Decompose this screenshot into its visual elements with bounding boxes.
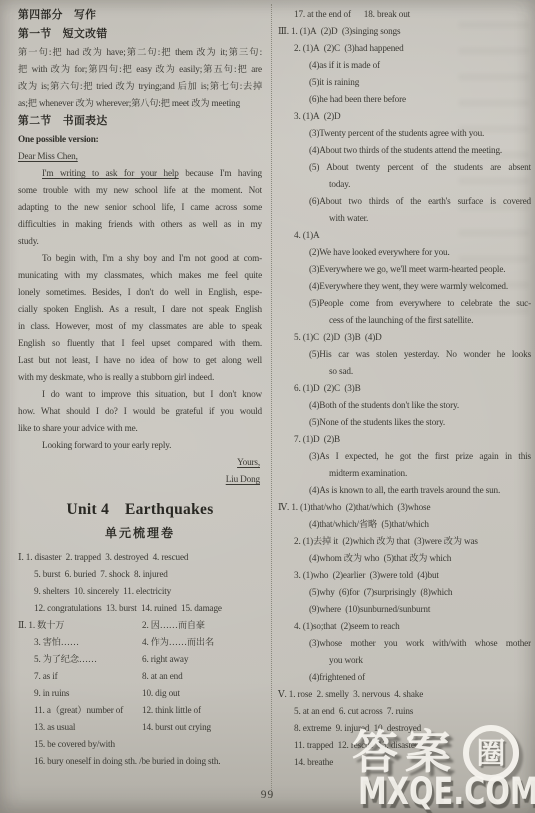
pair-item: 12. think little of [142, 702, 201, 719]
text-line: Ⅳ. 1. (1)that/who (2)that/which (3)whose [278, 499, 531, 516]
text-line: To begin with, I'm a shy boy and I'm not… [18, 250, 262, 267]
text-line: 把 with 改为 for;第四句:把 easy 改为 easily;第五句:把… [18, 61, 262, 78]
text-line: (5)People come from everywhere to celebr… [278, 295, 531, 312]
scanned-answer-page: 第四部分 写作第一节 短文改错第一句:把 had 改为 have;第二句:把 t… [0, 0, 535, 813]
text-line: (4)that/which/省略 (5)that/which [278, 516, 531, 533]
text-line: I'm writing to ask for your help because… [18, 165, 262, 182]
pair-item: 14. burst out crying [142, 719, 211, 736]
text-line: Ⅴ. 1. rose 2. smelly 3. nervous 4. shake [278, 686, 531, 703]
pair-item: 4. 作为……而出名 [142, 634, 214, 651]
pair-item: 2. 因……而自豪 [142, 617, 205, 634]
part-heading: 第四部分 写作 [18, 6, 262, 25]
text-line: Ⅰ. 1. disaster 2. trapped 3. destroyed 4… [18, 549, 262, 566]
pair-item: Ⅱ. 1. 数十万 [18, 617, 142, 634]
text-line: cess of the launching of the first satel… [278, 312, 531, 329]
pair-item: 3. 害怕…… [34, 634, 142, 651]
text-line: (5)None of the students likes the story. [278, 414, 531, 431]
text-line: midterm examination. [278, 465, 531, 482]
text-line: 9. shelters 10. sincerely 11. electricit… [18, 583, 262, 600]
text-line: 11. a（great）number of12. think little of [18, 702, 262, 719]
text-line: 17. at the end of 18. break out [278, 6, 531, 23]
text-line: 16. bury oneself in doing sth. /be burie… [18, 753, 262, 770]
text-line: Last but not least, I have no idea of ho… [18, 352, 262, 369]
text-line: some trouble with my new school life at … [18, 182, 262, 199]
underlined-text: Dear Miss Chen, [18, 151, 78, 161]
text-line: (3)As I expected, he got the first prize… [278, 448, 531, 465]
text-line: like to share your advice with me. [18, 420, 262, 437]
text-line: 5. burst 6. buried 7. shock 8. injured [18, 566, 262, 583]
unit-heading: Unit 4 Earthquakes [18, 500, 262, 520]
pair-item: 13. as usual [34, 719, 142, 736]
text-line: (3)Twenty percent of the students agree … [278, 125, 531, 142]
text-line: 3. 害怕……4. 作为……而出名 [18, 634, 262, 651]
section-heading-correction: 第一节 短文改错 [18, 25, 262, 44]
text-line: 14. breathe [278, 754, 531, 771]
text-line: 4. (1)so;that (2)seem to reach [278, 618, 531, 635]
text-line: (4)Both of the students don't like the s… [278, 397, 531, 414]
text-line: 3. (1)A (2)D [278, 108, 531, 125]
text-line: 5. (1)C (2)D (3)B (4)D [278, 329, 531, 346]
text-line: (4)Everywhere they went, they were warml… [278, 278, 531, 295]
text-line: (4)as if it is made of [278, 57, 531, 74]
text-line: 15. be covered by/with [18, 736, 262, 753]
text-line: in class. However, most of my classmates… [18, 318, 262, 335]
text-line: with water. [278, 210, 531, 227]
text-line: (4)About two thirds of the students atte… [278, 142, 531, 159]
text-line: so sad. [278, 363, 531, 380]
text-line: (9)where (10)sunburned/sunburnt [278, 601, 531, 618]
paper-title: 单元梳理卷 [18, 526, 262, 541]
text-line: (5)it is raining [278, 74, 531, 91]
text-line: with my deskmate, who is really a stubbo… [18, 369, 262, 386]
text-line: today. [278, 176, 531, 193]
text-line: 8. extreme 9. injured 10. destroyed [278, 720, 531, 737]
underlined-text: I'm writing to ask for your help [42, 168, 179, 178]
text-line: 3. (1)who (2)earlier (3)were told (4)but [278, 567, 531, 584]
text-line: (4)As is known to all, the earth travels… [278, 482, 531, 499]
page-number: 99 [0, 789, 535, 801]
pair-item: 5. 为了纪念…… [34, 651, 142, 668]
signature-name: Liu Dong [18, 471, 262, 488]
text-line: 2. (1)A (2)C (3)had happened [278, 40, 531, 57]
text-line: 5. 为了纪念……6. right away [18, 651, 262, 668]
section-heading-writing: 第二节 书面表达 [18, 112, 262, 131]
right-column: 17. at the end of 18. break outⅢ. 1. (1)… [278, 6, 531, 771]
text-line: 6. (1)D (2)C (3)B [278, 380, 531, 397]
text-line: 5. at an end 6. cut across 7. ruins [278, 703, 531, 720]
text-line: lonely sometimes. Besides, I don't do we… [18, 284, 262, 301]
text-line: Looking forward to your early reply. [18, 437, 262, 454]
signature-closing: Yours, [18, 454, 262, 471]
text-line: 12. congratulations 13. burst 14. ruined… [18, 600, 262, 617]
pair-item: 6. right away [142, 651, 188, 668]
text-line: difficulties in making friends with othe… [18, 216, 262, 233]
text-line: as;把 whenever 改为 wherever;第八句:把 meet 改为 … [18, 95, 262, 112]
text-line: (4)whom 改为 who (5)that 改为 which [278, 550, 531, 567]
text-line: cially spoken English. As a result, I da… [18, 301, 262, 318]
pair-item: 9. in ruins [34, 685, 142, 702]
text-line: (5) About twenty percent of the students… [278, 159, 531, 176]
text-line: how. What should I do? I would be gratef… [18, 403, 262, 420]
text-line: (2)We have looked everywhere for you. [278, 244, 531, 261]
column-divider [271, 4, 272, 798]
text-line: English so fluently that I feel upset co… [18, 335, 262, 352]
pair-item: 7. as if [34, 668, 142, 685]
text-line: you work [278, 652, 531, 669]
text-line: 7. (1)D (2)B [278, 431, 531, 448]
text-line: adapting to the new senior school life, … [18, 199, 262, 216]
text-line: (5)His car was stolen yesterday. No wond… [278, 346, 531, 363]
text-line: (4)frightened of [278, 669, 531, 686]
pair-item: 8. at an end [142, 668, 183, 685]
underlined-text: Liu Dong [226, 474, 260, 484]
salutation: Dear Miss Chen, [18, 148, 262, 165]
text-line: 9. in ruins10. dig out [18, 685, 262, 702]
text-line: 11. trapped 12. rescue 13. disaster [278, 737, 531, 754]
text-line: (6)About two thirds of the earth's surfa… [278, 193, 531, 210]
text-line: (3)whose mother you work with/with whose… [278, 635, 531, 652]
text-line: study. [18, 233, 262, 250]
pair-item: 11. a（great）number of [34, 702, 142, 719]
text-line: 第一句:把 had 改为 have;第二句:把 them 改为 it;第三句: [18, 44, 262, 61]
text-line: I do want to improve this situation, but… [18, 386, 262, 403]
text-line: (6)he had been there before [278, 91, 531, 108]
text-line: 13. as usual14. burst out crying [18, 719, 262, 736]
text-line: (3)Everywhere we go, we'll meet warm-hea… [278, 261, 531, 278]
text-line: municating with my classmates, which mak… [18, 267, 262, 284]
underlined-text: Yours, [237, 457, 260, 467]
text-line: 7. as if8. at an end [18, 668, 262, 685]
version-label: One possible version: [18, 131, 262, 148]
text-line: Ⅱ. 1. 数十万2. 因……而自豪 [18, 617, 262, 634]
text-line: (5)why (6)for (7)surprisingly (8)which [278, 584, 531, 601]
text-line: 2. (1)去掉 it (2)which 改为 that (3)were 改为 … [278, 533, 531, 550]
left-column: 第四部分 写作第一节 短文改错第一句:把 had 改为 have;第二句:把 t… [18, 6, 262, 770]
text-line: 4. (1)A [278, 227, 531, 244]
text-line: Ⅲ. 1. (1)A (2)D (3)singing songs [278, 23, 531, 40]
pair-item: 10. dig out [142, 685, 180, 702]
text-line: 改为 is;第六句:把 tried 改为 trying;and 后加 is;第七… [18, 78, 262, 95]
